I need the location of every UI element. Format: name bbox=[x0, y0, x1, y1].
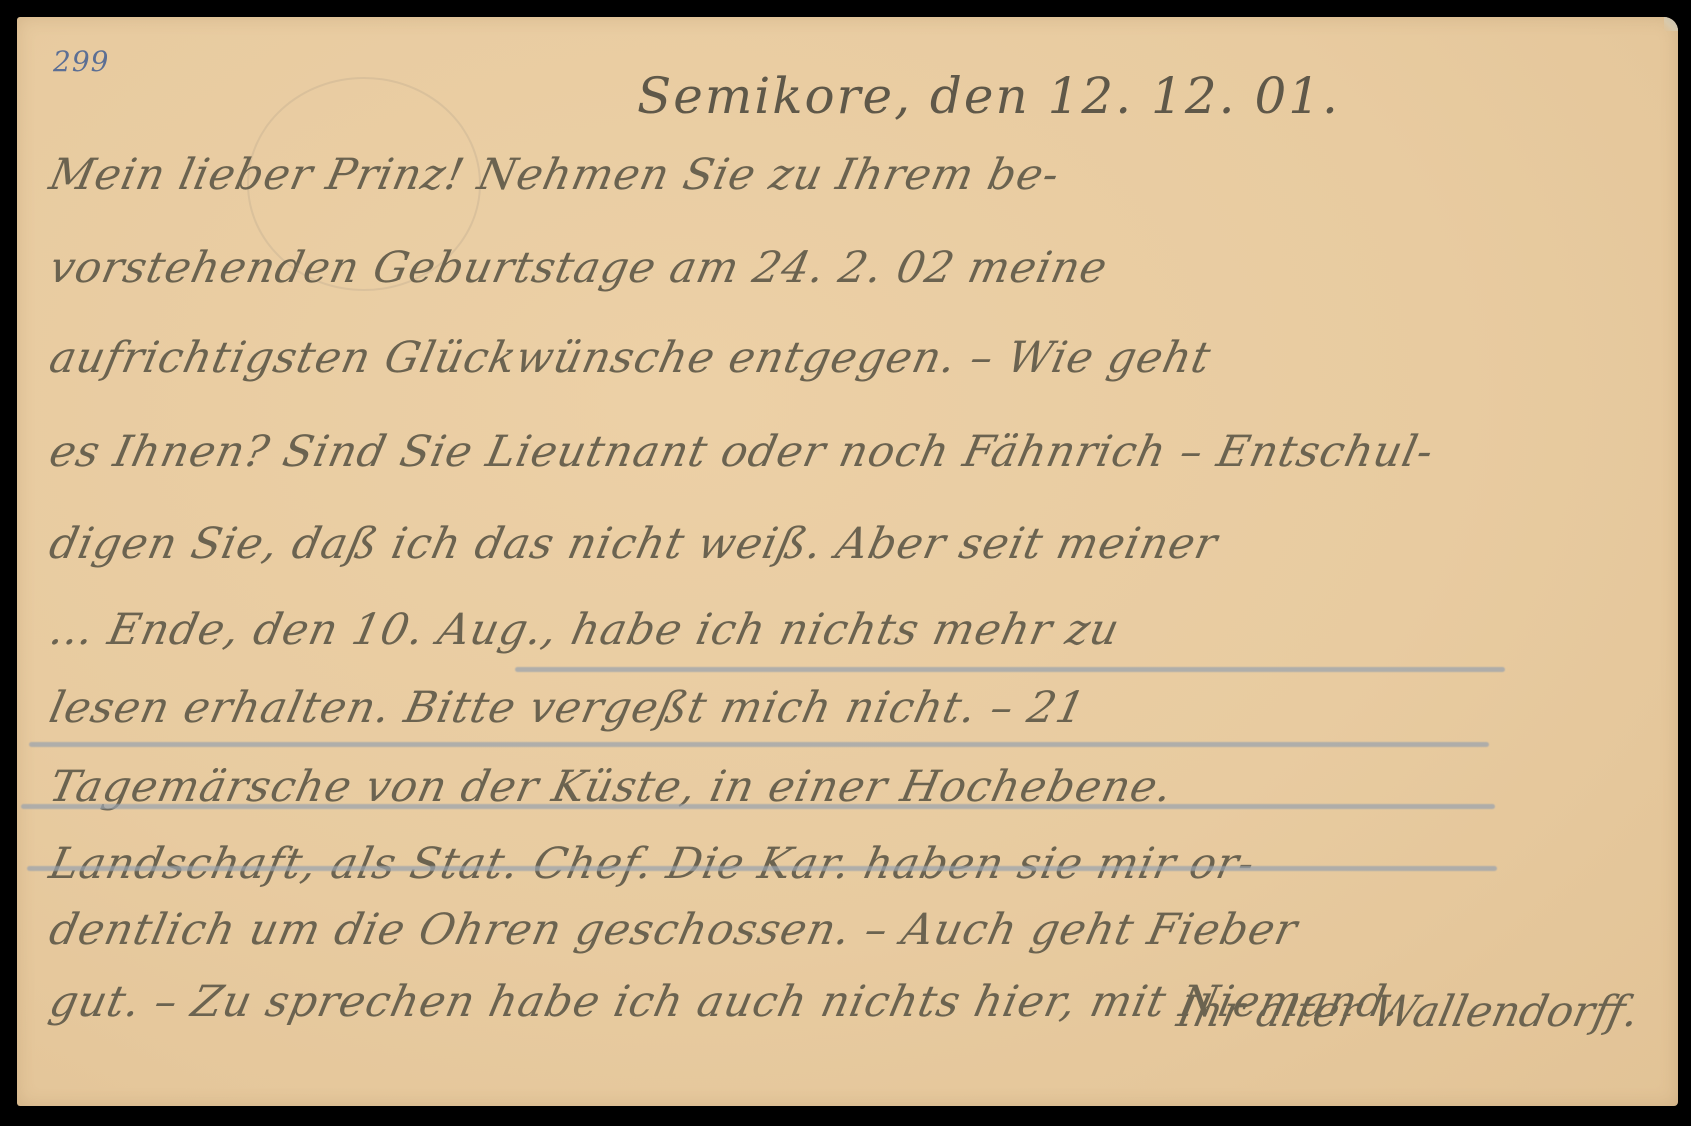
pencil-underline bbox=[27, 866, 1497, 871]
letter-line: Mein lieber Prinz! Nehmen Sie zu Ihrem b… bbox=[45, 150, 1064, 200]
letter-line: dentlich um die Ohren geschossen. – Auch… bbox=[45, 905, 1302, 955]
letter-line: … Ende, den 10. Aug., habe ich nichts me… bbox=[45, 605, 1124, 655]
archive-number: 299 bbox=[53, 45, 109, 78]
pencil-underline bbox=[29, 742, 1489, 747]
letter-line: aufrichtigsten Glückwünsche entgegen. – … bbox=[45, 333, 1216, 383]
postcard: 299 Semikore, den 12. 12. 01. Mein liebe… bbox=[17, 17, 1678, 1106]
place-date-line: Semikore, den 12. 12. 01. bbox=[637, 67, 1340, 125]
signature: Ihr alter Wallendorff. bbox=[1173, 987, 1644, 1037]
letter-line: digen Sie, daß ich das nicht weiß. Aber … bbox=[45, 519, 1222, 569]
letter-line: lesen erhalten. Bitte vergeßt mich nicht… bbox=[45, 683, 1090, 733]
letter-line: Landschaft, als Stat. Chef. Die Kar. hab… bbox=[45, 839, 1260, 889]
corner-wear bbox=[1664, 17, 1678, 31]
letter-line: es Ihnen? Sind Sie Lieutnant oder noch F… bbox=[45, 427, 1438, 477]
pencil-underline bbox=[21, 804, 1495, 809]
letter-line: vorstehenden Geburtstage am 24. 2. 02 me… bbox=[45, 243, 1112, 293]
pencil-underline bbox=[515, 667, 1505, 672]
